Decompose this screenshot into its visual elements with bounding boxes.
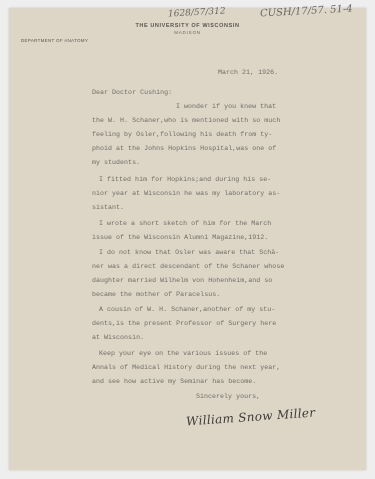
- letter-line: sistant.: [92, 204, 124, 211]
- letter-line: nior year at Wisconsin he was my laborat…: [92, 190, 280, 197]
- letter-line: the W. H. Schaner,who is mentioned with …: [92, 117, 280, 124]
- letter-date: March 21, 1926.: [218, 69, 278, 76]
- letter-line: I wrote a short sketch of him for the Ma…: [99, 220, 271, 227]
- letter-line: phoid at the Johns Hopkins Hospital,was …: [92, 145, 276, 152]
- letter-line: at Wisconsin.: [92, 334, 144, 341]
- letter-line: Keep your eye on the various issues of t…: [99, 350, 267, 357]
- letter-line: and see how active my Seminar has become…: [92, 378, 256, 385]
- letter-line: feeling by Osler,following his death fro…: [92, 131, 272, 138]
- letterhead-institution: THE UNIVERSITY OF WISCONSIN: [0, 23, 375, 29]
- letter-line: dents,is the present Professor of Surger…: [92, 320, 276, 327]
- letter-line: I fitted him for Hopkins;and during his …: [99, 176, 271, 183]
- letter-line: I wonder if you knew that: [176, 103, 276, 110]
- letter-closing: Sincerely yours,: [196, 393, 260, 400]
- letter-line: I do not know that Osler was aware that …: [99, 249, 279, 256]
- letter-line: daughter married Wilhelm von Hohenheim,a…: [92, 277, 272, 284]
- letter-line: issue of the Wisconsin Alumni Magazine,1…: [92, 234, 268, 241]
- letter-line: ner was a direct descendant of the Schan…: [92, 263, 284, 270]
- letterhead-city: MADISON: [0, 30, 375, 35]
- letter-line: my students.: [92, 159, 140, 166]
- letter-line: became the mother of Paracelsus.: [92, 291, 220, 298]
- letter-salutation: Dear Doctor Cushing:: [92, 89, 172, 96]
- letterhead-department: DEPARTMENT OF ANATOMY: [21, 38, 88, 43]
- letter-line: Annals of Medical History during the nex…: [92, 364, 280, 371]
- letter-line: A cousin of W. H. Schaner,another of my …: [99, 306, 275, 313]
